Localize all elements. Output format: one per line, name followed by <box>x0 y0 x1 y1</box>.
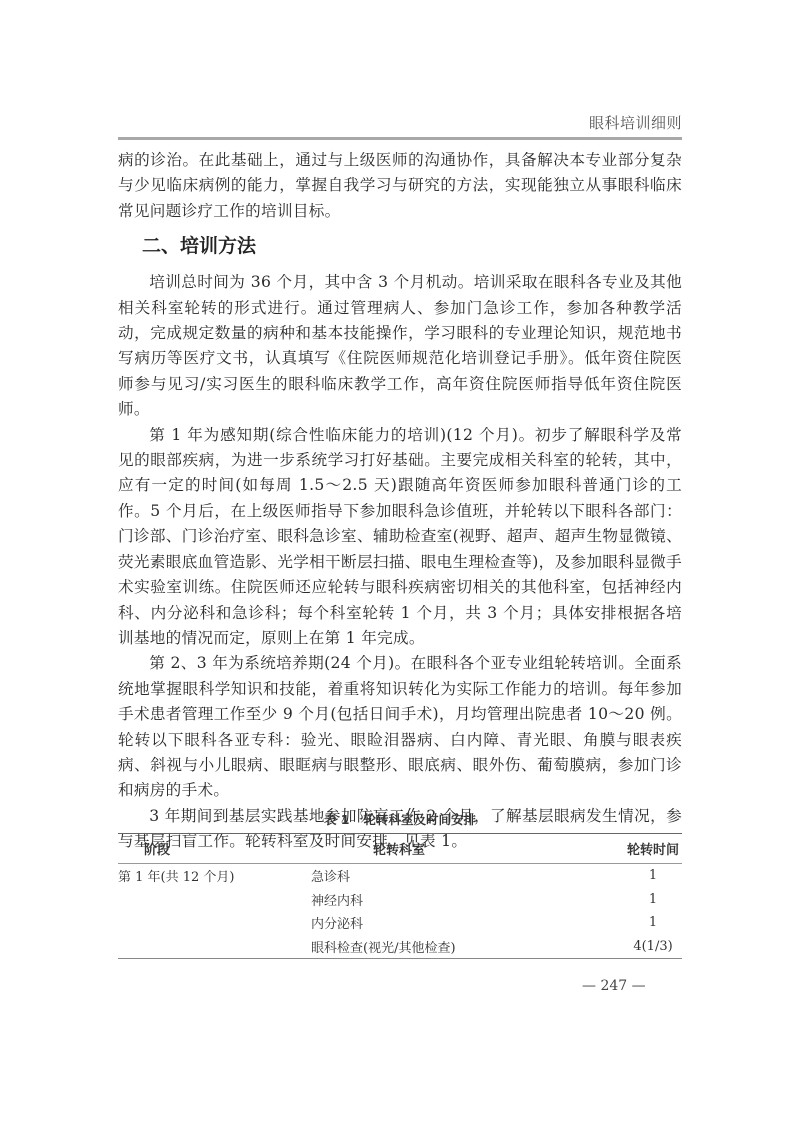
rotation-table: 阶段 轮转科室 轮转时间 第 1 年(共 12 个月) 急诊科 1 神经内科 1… <box>118 833 682 959</box>
paragraph: 第 2、3 年为系统培养期(24 个月)。在眼科各个亚专业组轮转培训。全面系统地… <box>118 651 682 803</box>
table-row: 神经内科 1 <box>118 888 682 912</box>
table-row: 眼科检查(视光/其他检查) 4(1/3) <box>118 935 682 959</box>
table-row: 第 1 年(共 12 个月) 急诊科 1 <box>118 864 682 888</box>
cell-duration: 1 <box>624 864 682 888</box>
cell-stage <box>118 935 311 959</box>
paragraph: 培训总时间为 36 个月，其中含 3 个月机动。培训采取在眼科各专业及其他相关科… <box>118 270 682 422</box>
col-header-duration: 轮转时间 <box>624 834 682 864</box>
cell-duration: 4(1/3) <box>624 935 682 959</box>
cell-duration: 1 <box>624 911 682 935</box>
cell-department: 眼科检查(视光/其他检查) <box>311 935 624 959</box>
cell-department: 急诊科 <box>311 864 624 888</box>
table-caption-title: 轮转科室及时间安排 <box>364 812 477 827</box>
page-number: — 247 — <box>582 978 646 994</box>
body-text: 病的诊治。在此基础上，通过与上级医师的沟通协作，具备解决本专业部分复杂与少见临床… <box>118 148 682 855</box>
header-rule <box>118 137 682 140</box>
paragraph: 病的诊治。在此基础上，通过与上级医师的沟通协作，具备解决本专业部分复杂与少见临床… <box>118 148 682 224</box>
paragraph: 第 1 年为感知期(综合性临床能力的培训)(12 个月)。初步了解眼科学及常见的… <box>118 423 682 652</box>
cell-department: 神经内科 <box>311 888 624 912</box>
cell-department: 内分泌科 <box>311 911 624 935</box>
cell-stage: 第 1 年(共 12 个月) <box>118 864 311 888</box>
table-caption: 表 1轮转科室及时间安排 <box>118 810 682 828</box>
running-head: 眼科培训细则 <box>589 112 682 133</box>
cell-duration: 1 <box>624 888 682 912</box>
table-header-row: 阶段 轮转科室 轮转时间 <box>118 834 682 864</box>
cell-stage <box>118 911 311 935</box>
cell-stage <box>118 888 311 912</box>
table-row: 内分泌科 1 <box>118 911 682 935</box>
col-header-stage: 阶段 <box>118 834 311 864</box>
section-heading: 二、培训方法 <box>142 232 682 260</box>
table-caption-number: 表 1 <box>324 812 350 827</box>
col-header-department: 轮转科室 <box>311 834 624 864</box>
